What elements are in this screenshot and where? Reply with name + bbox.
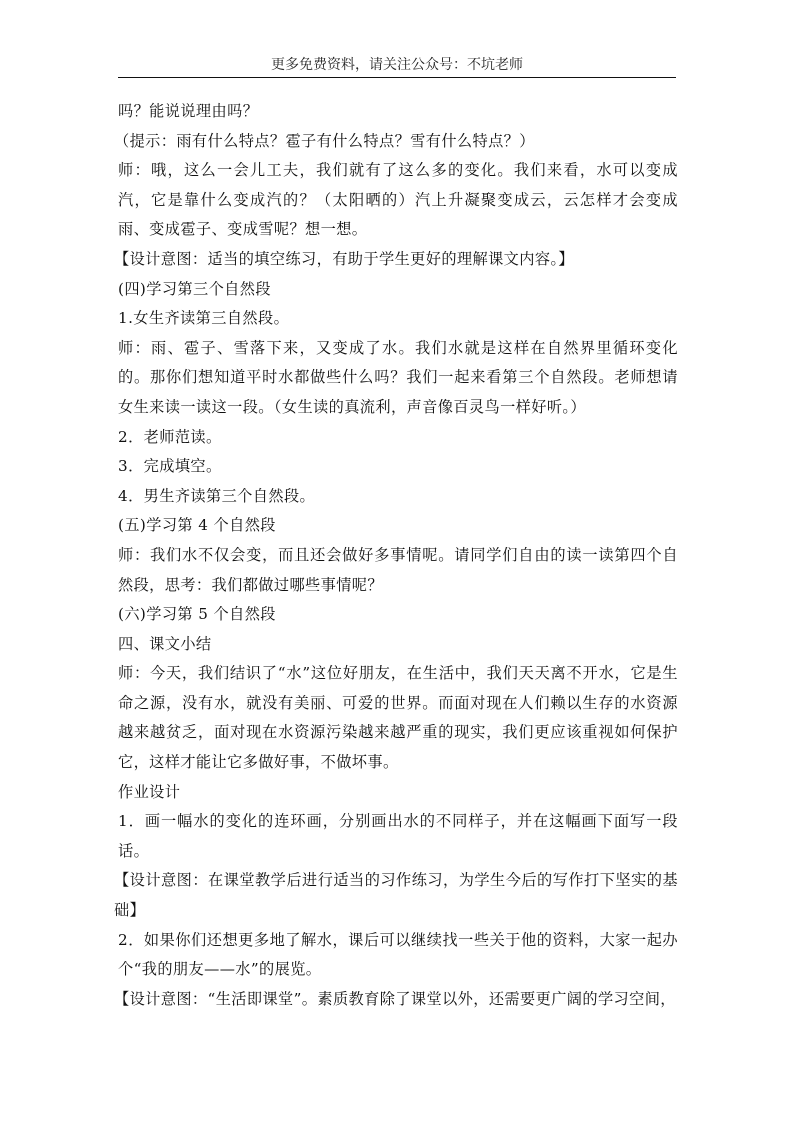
list-item-homework-2: 2．如果你们还想更多地了解水，课后可以继续找一些关于他的资料，大家一起办个“我的… [118, 926, 678, 985]
section-heading-paragraph-4: (五)学习第 4 个自然段 [118, 511, 678, 541]
paragraph-teacher-talk-deeds: 师：我们水不仅会变，而且还会做好多事情呢。请同学们自由的读一读第四个自然段，思考… [118, 541, 678, 600]
section-heading-paragraph-3: (四)学习第三个自然段 [118, 275, 678, 305]
paragraph-summary-talk: 师：今天，我们结识了“水”这位好朋友，在生活中，我们天天离不开水，它是生命之源，… [118, 659, 678, 777]
page-header: 更多免费资料，请关注公众号：不坑老师 [118, 55, 676, 75]
section-heading-summary: 四、课文小结 [118, 630, 678, 660]
paragraph-question-continuation: 吗？能说说理由吗？ [118, 97, 678, 127]
document-body: 吗？能说说理由吗？ （提示：雨有什么特点？雹子有什么特点？雪有什么特点？） 师：… [118, 97, 678, 1014]
paragraph-design-intent-1: 【设计意图：适当的填空练习，有助于学生更好的理解课文内容。】 [114, 245, 678, 275]
paragraph-teacher-talk-changes: 师：哦，这么一会儿工夫，我们就有了这么多的变化。我们来看，水可以变成汽，它是靠什… [118, 156, 678, 245]
paragraph-design-intent-3: 【设计意图：“生活即课堂”。素质教育除了课堂以外，还需要更广阔的学习空间， [114, 985, 678, 1015]
list-item-teacher-reads: 2．老师范读。 [118, 423, 678, 453]
list-item-fill-blanks: 3．完成填空。 [118, 452, 678, 482]
list-item-boys-read: 4．男生齐读第三个自然段。 [118, 482, 678, 512]
paragraph-teacher-talk-cycle: 师：雨、雹子、雪落下来，又变成了水。我们水就是这样在自然界里循环变化的。那你们想… [118, 334, 678, 423]
list-item-homework-1: 1．画一幅水的变化的连环画，分别画出水的不同样子，并在这幅画下面写一段话。 [118, 807, 678, 866]
list-item-girls-read: 1.女生齐读第三自然段。 [118, 304, 678, 334]
paragraph-design-intent-2: 【设计意图：在课堂教学后进行适当的习作练习，为学生今后的写作打下坚实的基础】 [114, 866, 678, 925]
paragraph-hint: （提示：雨有什么特点？雹子有什么特点？雪有什么特点？） [114, 127, 678, 157]
section-heading-paragraph-5: (六)学习第 5 个自然段 [118, 600, 678, 630]
header-divider [118, 77, 676, 78]
section-heading-homework: 作业设计 [118, 778, 678, 808]
